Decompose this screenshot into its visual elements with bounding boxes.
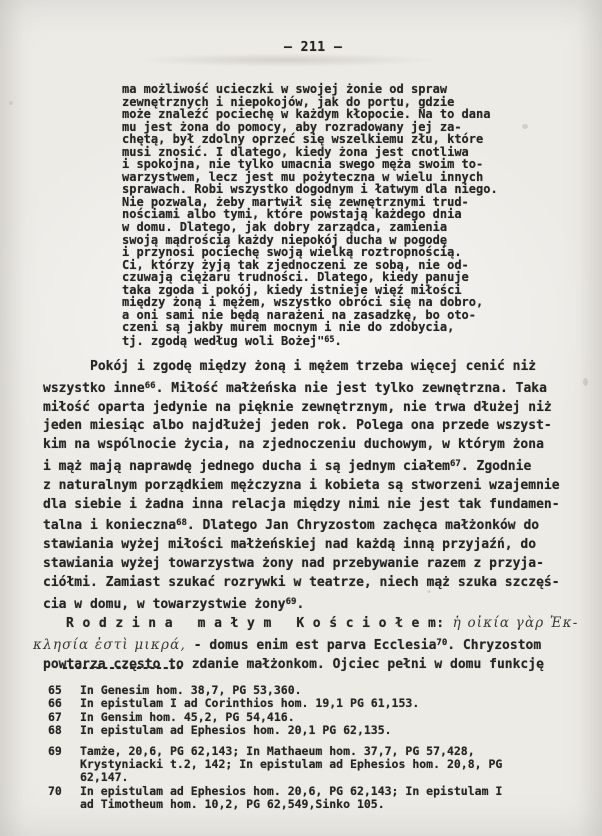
footnote-ref: 69 — [286, 593, 297, 612]
text-line: In epistulam I ad Corinthios hom. 19,1 P… — [80, 697, 578, 710]
text-line: czuwają ciężaru trudności. Dlatego, kied… — [122, 271, 522, 284]
text-line: ma możliwość ucieczki w swojej żonie od … — [122, 83, 522, 96]
text-line: cia w domu, w towarzystwie żony69. — [43, 593, 583, 615]
footnote: 66 In epistulam I ad Corinthios hom. 19,… — [48, 697, 578, 710]
text-line: ciółmi. Zamiast szukać rozrywki w teatrz… — [43, 574, 583, 593]
scan-speck — [9, 101, 13, 105]
text-line: chętą, był zdolny oprzeć się wszelkiemu … — [122, 133, 522, 146]
footnote-number: 69 — [48, 745, 80, 785]
footnote: 68 In epistulam ad Ephesios hom. 20,1 PG… — [48, 724, 578, 737]
text-line: wszystko inne66. Miłość małżeńska nie je… — [43, 377, 583, 399]
text-line: κλησία ἐστὶ μικρά, - domus enim est parv… — [33, 634, 583, 656]
text-line: w domu. Dlatego, jak dobry zarządca, zam… — [122, 221, 522, 234]
scan-speck — [427, 590, 431, 593]
footnote-text: In epistulam ad Ephesios hom. 20,1 PG 62… — [80, 724, 578, 737]
footnotes-section: 65 In Genesim hom. 38,7, PG 53,360. 66 I… — [48, 684, 578, 812]
footnote: 70 In epistulam ad Ephesios hom. 20,6, P… — [48, 785, 578, 812]
footnote-ref: 66 — [145, 377, 156, 396]
text-line: może znaleźć pociechę w każdym kłopocie.… — [122, 108, 522, 121]
footnote-text: In epistulam ad Ephesios hom. 20,6, PG 6… — [80, 785, 578, 812]
text-line: kim na wspólnocie życia, na zjednoczeniu… — [43, 436, 583, 455]
text-line: jeden miesiąc albo najdłużej jeden rok. … — [43, 417, 583, 436]
text-line: między żoną i mężem, wszystko obróci się… — [122, 296, 522, 309]
text-line: i spokojna, nie tylko umacnia swego męża… — [122, 158, 522, 171]
scanned-book-page: – 211 – ma możliwość ucieczki w swojej ż… — [0, 0, 602, 836]
footnote-number: 70 — [48, 785, 80, 812]
page-number: – 211 – — [284, 40, 342, 55]
text-line: Krystyniacki t.2, 142; In epistulam ad E… — [80, 758, 578, 771]
scan-speck — [522, 124, 528, 129]
text-line: dla siebie i żadna inna relacja między n… — [43, 496, 583, 515]
footnote-text: In epistulam I ad Corinthios hom. 19,1 P… — [80, 697, 578, 710]
text-line: i przynosi pociechę swoją wielką roztrop… — [122, 246, 522, 259]
quoted-passage: ma możliwość ucieczki w swojej żonie od … — [122, 83, 522, 347]
footnote-number: 65 — [48, 684, 80, 697]
footnote-ref: 65 — [324, 334, 334, 347]
footnote-ref: 67 — [450, 455, 461, 474]
footnote-number: 66 — [48, 697, 80, 710]
text-line: z naturalnym porządkiem mężczyzna i kobi… — [43, 477, 583, 496]
body-text: Pokój i zgodę między żoną i mężem trzeba… — [43, 358, 583, 675]
text-line: tj. zgodą według woli Bożej"65. — [122, 334, 522, 348]
text-line: In epistulam ad Ephesios hom. 20,1 PG 62… — [80, 724, 578, 737]
footnote-ref: 68 — [176, 514, 187, 533]
footnote-divider: ------------------ — [61, 661, 182, 676]
scan-speck — [583, 378, 588, 386]
footnote-number: 67 — [48, 711, 80, 724]
text-line: miłość oparta jedynie na pięknie zewnętr… — [43, 399, 583, 418]
text-line: 62,147. — [80, 771, 578, 784]
greek-phrase: ἡ οἰκία γὰρ Ἐκ- — [453, 615, 579, 631]
text-line: i mąż mają naprawdę jednego ducha i są j… — [43, 455, 583, 477]
footnote-text: Tamże, 20,6, PG 62,143; In Mathaeum hom.… — [80, 745, 578, 785]
text-line: Pokój i zgodę między żoną i mężem trzeba… — [43, 358, 583, 377]
scan-smudge — [135, 53, 435, 67]
text-line: stawiania wyżej miłości małżeńskiej nad … — [43, 536, 583, 555]
greek-phrase: κλησία ἐστὶ μικρά, — [33, 637, 186, 653]
footnote-number: 68 — [48, 724, 80, 737]
footnote: 69 Tamże, 20,6, PG 62,143; In Mathaeum h… — [48, 745, 578, 785]
text-line: R o d z i n a m a ł y m K o ś c i o ł e … — [43, 614, 583, 634]
text-line: talna i konieczna68. Dlatego Jan Chryzos… — [43, 514, 583, 536]
text-line: stawiania wyżej towarzystwa żony nad prz… — [43, 555, 583, 574]
text-line: czeni są jakby murem mocnym i nie do zdo… — [122, 321, 522, 334]
footnote-ref: 70 — [436, 634, 447, 653]
text-line: ad Timotheum hom. 10,2, PG 62,549,Sinko … — [80, 798, 578, 811]
